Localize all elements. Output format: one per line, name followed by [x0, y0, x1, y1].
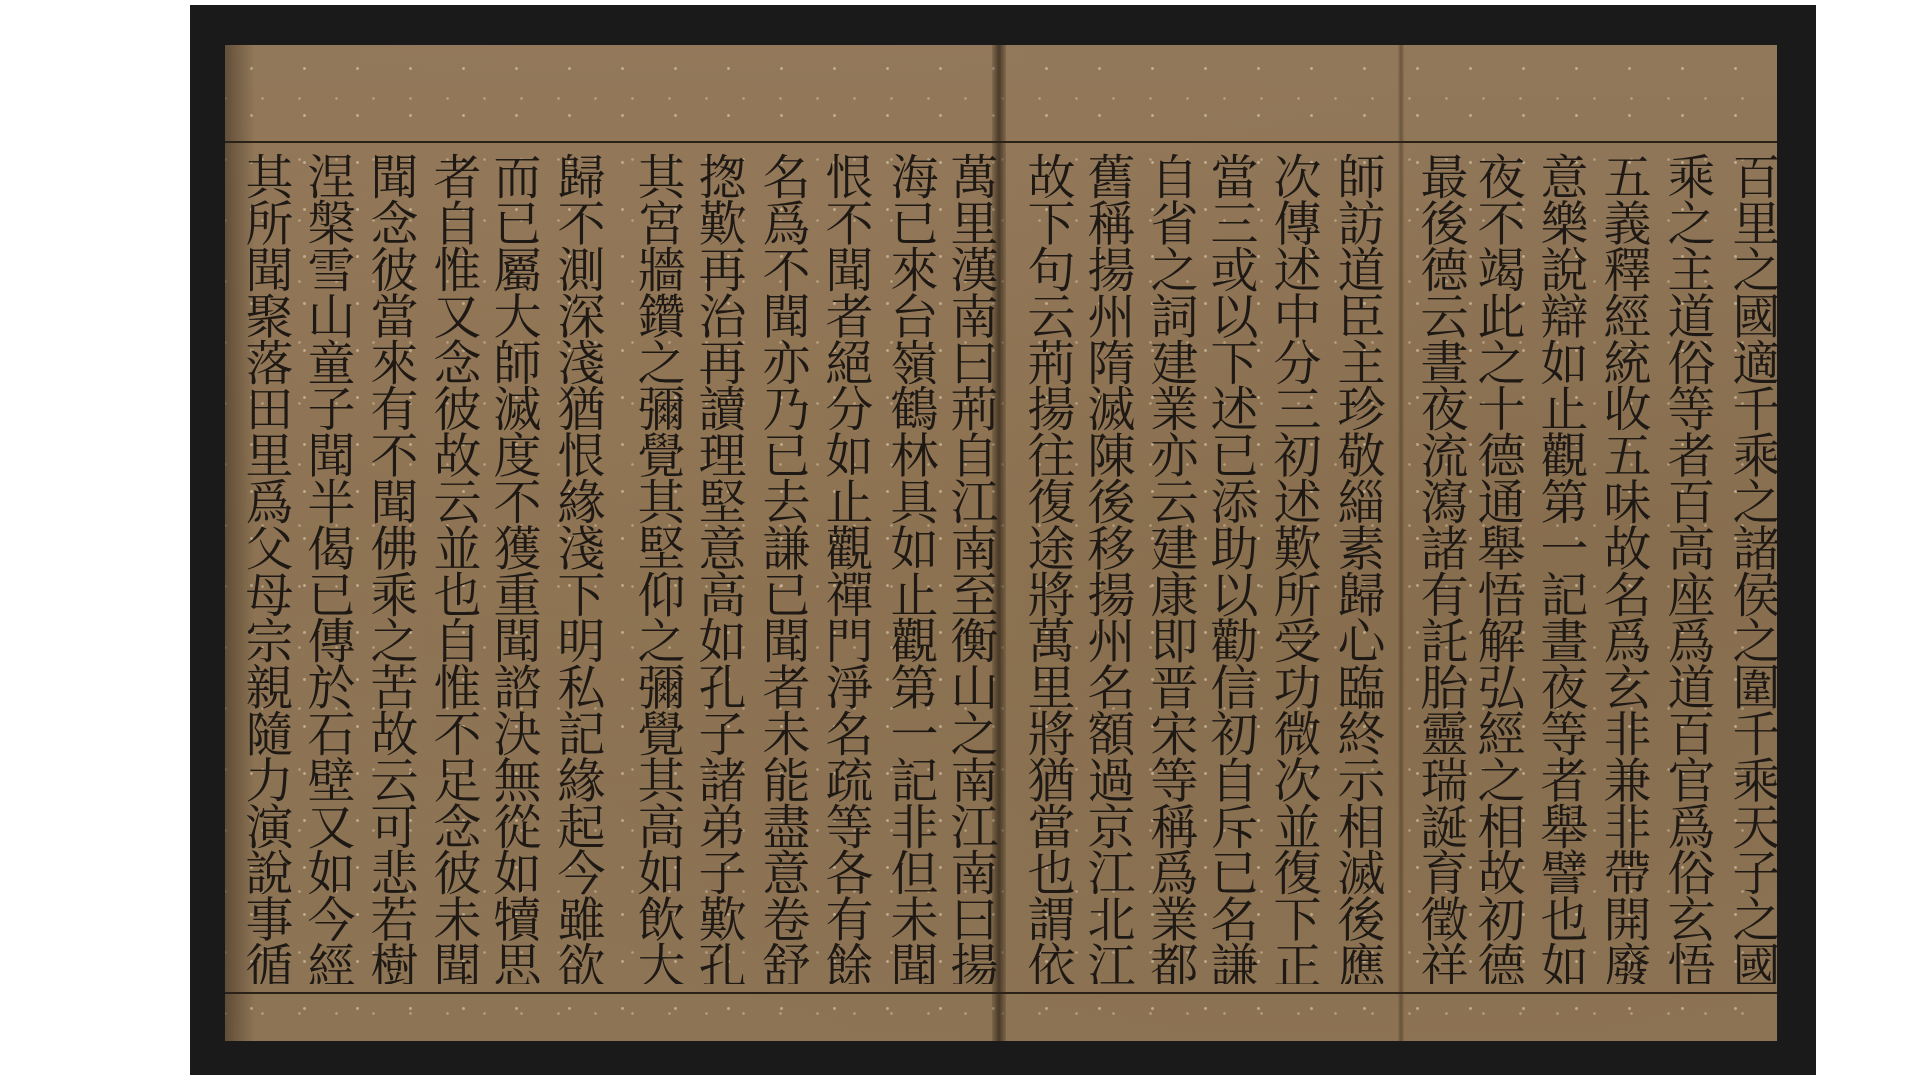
- text-column: 而已屬大師滅度不獲重聞諮決無從如犢思乳並復惟念: [483, 152, 543, 984]
- bottom-border-rule: [225, 992, 1777, 994]
- text-column: 涅槃雪山童子聞半偈已傳於石壁又如今經隨喜品初隨: [297, 152, 357, 984]
- text-column: 萬里漢南曰荊自江南至衡山之南江南曰揚自京江至南: [940, 152, 1000, 984]
- text-column: 舊稱揚州隋滅陳後移揚州名額過京江北江陵即荊州也: [1077, 152, 1137, 984]
- text-column: 者自惟又念彼故云並也自惟不足念彼未聞若不記其所: [423, 152, 483, 984]
- text-column: 歸不測深淺猶恨緣淺下明私記緣起今雖欲記但恨一聞: [547, 152, 607, 984]
- text-column: 夜不竭此之十德通舉悟解弘經之相故初德云自解佛乘: [1467, 152, 1527, 984]
- text-column: 聞念彼當來有不聞佛乘之苦故云可悲若樹若石等者如: [360, 152, 420, 984]
- text-column: 恨不聞者絕分如止觀禪門淨名疏等各有餘分說未終者: [815, 152, 875, 984]
- text-column: 意樂說辯如止觀第一記晝夜等者舉譬也如懸河流瀉晝: [1530, 152, 1590, 984]
- text-column: 當三或以下述已添助以勸信初自斥已名謙恭所學幸者: [1200, 152, 1260, 984]
- top-border-rule: [225, 141, 1777, 143]
- text-column: 師訪道臣主珍敬緇素歸心臨終示相滅後應驗具如別傳: [1327, 152, 1387, 984]
- text-column: 自省之詞建業亦云建康即晋宋等稱爲業都今江寧是也: [1140, 152, 1200, 984]
- text-column: 名爲不聞亦乃已去謙已聞者未能盡意卷舒鑽仰者章安: [752, 152, 812, 984]
- text-column: 乘之主道俗等者百高座爲道百官爲俗玄悟法華圓意者: [1657, 152, 1717, 984]
- text-column: 其宮牆鑽之彌覺其堅仰之彌覺其高如飲大河水飽腹而: [627, 152, 687, 984]
- text-column: 百里之國適千乘之諸侯之圍千乘天子之國萬乘故云萬: [1722, 152, 1782, 984]
- text-column: 故下句云荊揚往復途將萬里將猶當也謂依俙髣髴將一: [1017, 152, 1077, 984]
- text-column: 揔歎再治再讀理堅意高如孔子諸弟子歎孔子智深如窺: [688, 152, 748, 984]
- text-column: 最後德云晝夜流瀉諸有託胎靈瑞誕育徵祥鬚亂精誠從: [1410, 152, 1470, 984]
- text-column: 次傳述中分三初述歎所受功微次並復下正明傳述以益: [1263, 152, 1323, 984]
- text-column: 五義釋經統收五味故名爲玄非兼非帶開廢諸典名爲圓: [1593, 152, 1653, 984]
- text-column: 海已來台嶺鶴林具如止觀第一記非但未聞不聞等者歎: [880, 152, 940, 984]
- text-column: 其所聞聚落田里爲父母宗親隨力演說事循也聖典者依: [235, 152, 295, 984]
- right-page-fold: [1398, 45, 1404, 1041]
